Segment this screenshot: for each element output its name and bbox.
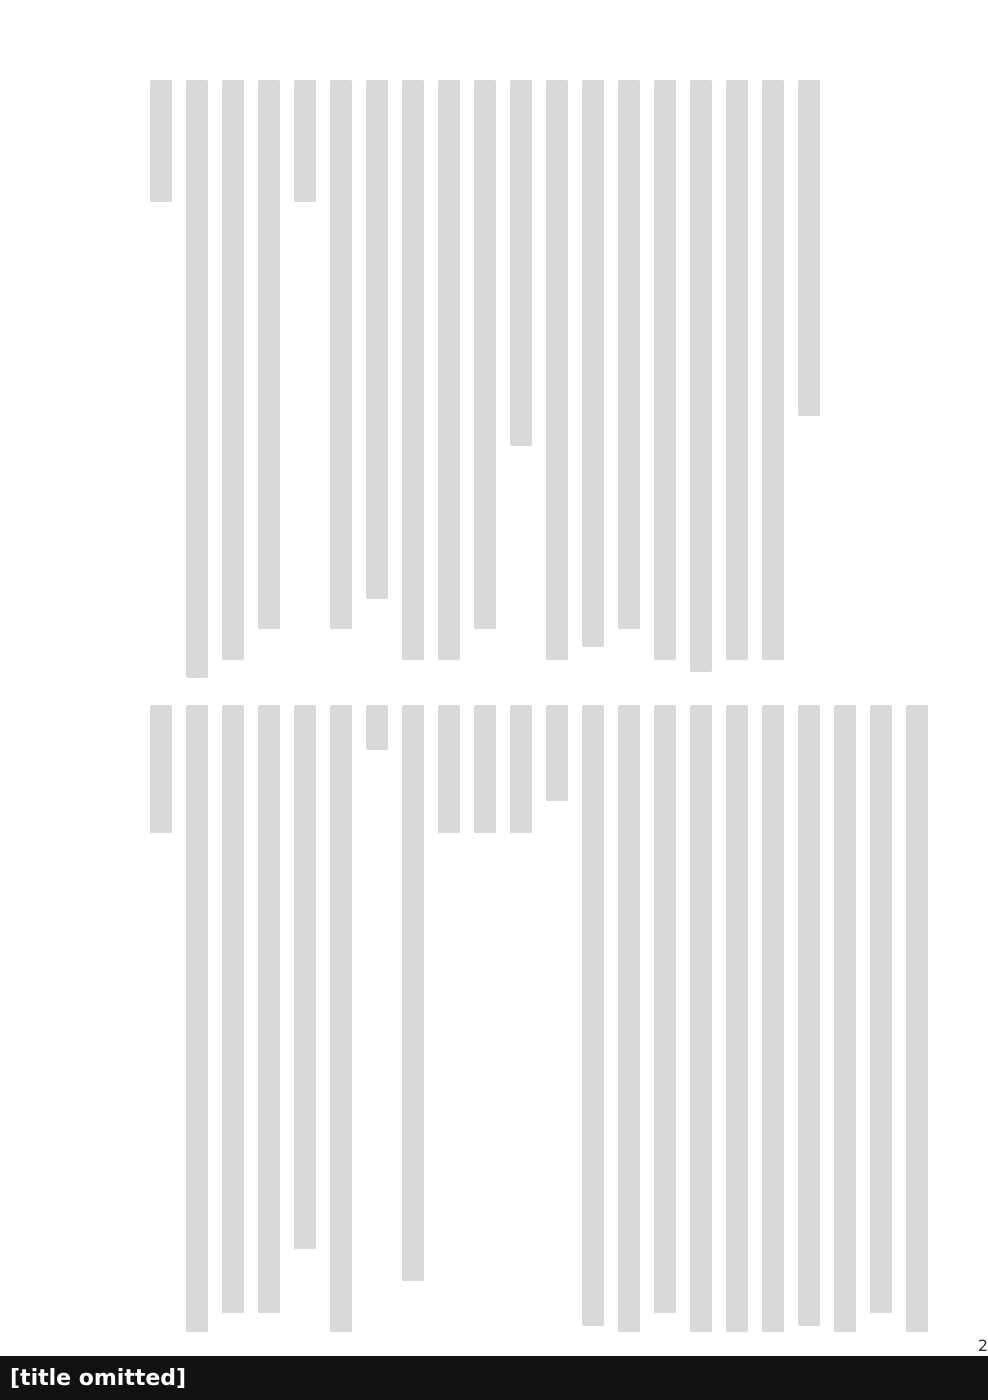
redacted-text-column [294,80,316,202]
redacted-text-column [366,705,388,750]
redacted-text-column [870,705,892,1313]
redacted-text-column [582,80,604,647]
upper-text-block [150,80,820,690]
redacted-text-column [834,705,856,1332]
redacted-text-column [258,80,280,629]
redacted-text-column [654,80,676,660]
redacted-text-column [762,705,784,1332]
redacted-text-column [258,705,280,1313]
redacted-text-column [402,80,424,660]
redacted-text-column [402,705,424,1281]
redacted-text-column [150,705,172,833]
redacted-text-column [618,705,640,1332]
lower-text-block [150,705,928,1345]
redacted-text-column [186,80,208,678]
redacted-text-column [330,80,352,629]
redacted-text-column [186,705,208,1332]
redacted-text-column [366,80,388,599]
redacted-text-column [798,705,820,1326]
redacted-text-column [510,705,532,833]
redacted-text-column [762,80,784,660]
redacted-text-column [546,705,568,801]
redacted-text-column [330,705,352,1332]
redacted-text-column [546,80,568,660]
redacted-text-column [294,705,316,1249]
redacted-text-column [618,80,640,629]
redacted-text-column [726,705,748,1332]
footer-title-bar: [title omitted] [0,1356,988,1400]
redacted-text-column [438,705,460,833]
redacted-text-column [510,80,532,446]
redacted-text-column [474,80,496,629]
redacted-text-column [222,705,244,1313]
redacted-text-column [474,705,496,833]
redacted-text-column [438,80,460,660]
redacted-text-column [726,80,748,660]
page-number: 2 [978,1336,988,1355]
redacted-text-column [582,705,604,1326]
redacted-text-column [690,80,712,672]
footer-title: [title omitted] [10,1366,186,1391]
redacted-text-column [222,80,244,660]
redacted-text-column [798,80,820,416]
redacted-text-column [690,705,712,1332]
redacted-text-column [654,705,676,1313]
redacted-text-column [906,705,928,1332]
redacted-text-column [150,80,172,202]
